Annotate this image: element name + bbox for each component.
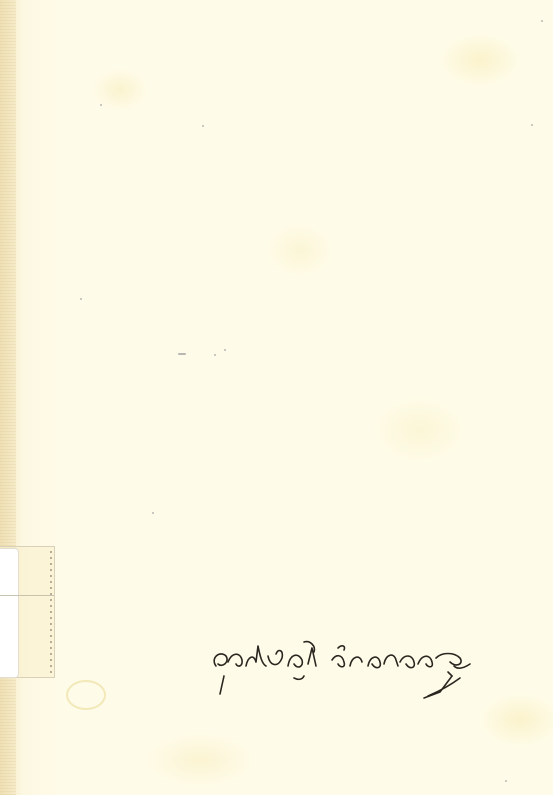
paper-speck — [80, 298, 82, 300]
paper-speck — [178, 353, 186, 355]
label-perforation — [50, 551, 52, 673]
paper-speck — [531, 124, 533, 126]
library-sticker — [0, 548, 19, 678]
paper-speck — [100, 104, 102, 106]
sticker-divider — [0, 595, 54, 596]
handwritten-inscription: ꦏꦸꦱꦸꦩꦮꦸꦭꦤ꧀ — [208, 636, 488, 706]
paper-speck — [202, 125, 204, 127]
paper-speck — [224, 349, 226, 351]
ring-stain — [66, 680, 106, 710]
paper-speck — [541, 20, 543, 22]
paper-speck — [214, 354, 216, 356]
paper-speck — [152, 512, 154, 514]
paper-speck — [505, 780, 507, 782]
document-page: ꦏꦸꦱꦸꦩꦮꦸꦭꦤ꧀ — [0, 0, 553, 795]
